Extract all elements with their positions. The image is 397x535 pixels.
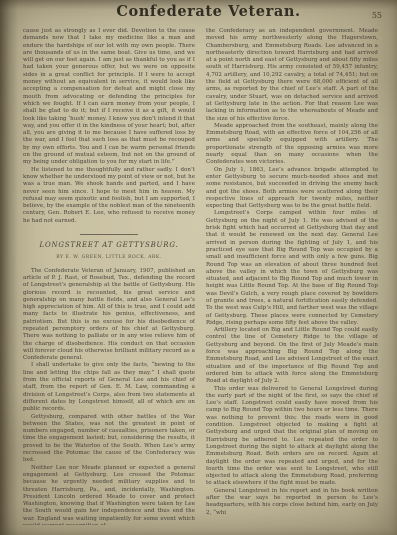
left-column: cause just as strongly as I ever did. De…	[23, 28, 195, 525]
paragraph: Gettysburg, compared with other battles …	[23, 414, 195, 465]
article-byline: BY E. W. GREEN, LITTLE ROCK, ARK.	[23, 254, 195, 261]
section-divider-rule	[80, 234, 138, 235]
paragraph: Neither Lee nor Meade planned or expecte…	[23, 465, 195, 525]
article-title: LONGSTREET AT GETTYSBURG.	[23, 242, 195, 249]
paragraph: Longstreet’s Corps camped within four mi…	[206, 210, 378, 327]
paragraph: On July 1, 1863, Lee’s advance brigade a…	[206, 167, 378, 211]
right-column: the Confederacy as an independent govern…	[206, 28, 378, 525]
paragraph: the Confederacy as an independent govern…	[206, 28, 378, 123]
paragraph: The Confederate Veteran of January, 1907…	[23, 268, 195, 363]
masthead-title: Confederate Veteran.	[30, 3, 387, 20]
scanned-magazine-page: Confederate Veteran. 55 cause just as st…	[0, 0, 397, 535]
right-paragraphs: the Confederacy as an independent govern…	[206, 28, 378, 517]
paragraph: I shall undertake to give only the facts…	[23, 362, 195, 413]
paragraph: Artillery located on Big and Little Roun…	[206, 327, 378, 385]
paragraph: This order was delivered to General Long…	[206, 386, 378, 488]
binding-shadow	[0, 0, 18, 535]
paragraph: General Longstreet in his report and in …	[206, 488, 378, 517]
page-number: 55	[372, 11, 382, 20]
paragraph: Meade approached from the southeast, mai…	[206, 123, 378, 167]
paragraph: He listened to me thoughtfully and rathe…	[23, 167, 195, 225]
article-paragraphs: The Confederate Veteran of January, 1907…	[23, 268, 195, 525]
paragraph: cause just as strongly as I ever did. De…	[23, 28, 195, 167]
left-pre-paragraphs: cause just as strongly as I ever did. De…	[23, 28, 195, 225]
text-columns: cause just as strongly as I ever did. De…	[23, 28, 378, 525]
